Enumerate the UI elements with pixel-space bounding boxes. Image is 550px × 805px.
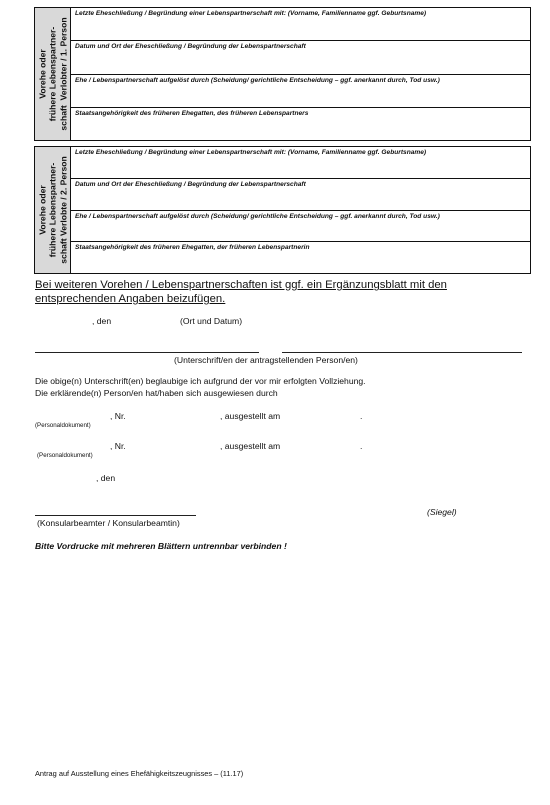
side-label-line: schaft Verlobte / 2. Person bbox=[58, 156, 68, 263]
previous-marriage-table-person-2: Vorehe oder frühere Lebenspartner- schaf… bbox=[34, 146, 531, 274]
field-label: Ehe / Lebenspartnerschaft aufgelöst durc… bbox=[75, 213, 440, 220]
field-label: Letzte Eheschließung / Begründung einer … bbox=[75, 10, 426, 17]
field-last-marriage-partner[interactable]: Letzte Eheschließung / Begründung einer … bbox=[71, 8, 530, 41]
field-label: Datum und Ort der Eheschließung / Begrün… bbox=[75, 43, 306, 50]
side-label-line: Vorehe oder bbox=[37, 156, 47, 263]
form-footer: Antrag auf Ausstellung eines Ehefähigkei… bbox=[35, 769, 243, 778]
certification-text-1: Die obige(n) Unterschrift(en) beglaubige… bbox=[35, 376, 366, 386]
field-dissolved-by[interactable]: Ehe / Lebenspartnerschaft aufgelöst durc… bbox=[71, 211, 530, 243]
signature-label: (Unterschrift/en der antragstellenden Pe… bbox=[174, 355, 358, 365]
id-doc-2-issued: , ausgestellt am bbox=[220, 441, 280, 451]
section-label-person-2: Vorehe oder frühere Lebenspartner- schaf… bbox=[35, 147, 71, 273]
field-former-partner-nationality[interactable]: Staatsangehörigkeit des früheren Ehegatt… bbox=[71, 242, 530, 273]
signature-line-1[interactable] bbox=[35, 352, 259, 353]
binding-note: Bitte Vordrucke mit mehreren Blättern un… bbox=[35, 541, 287, 551]
side-label-line: frühere Lebenspartner- bbox=[47, 17, 57, 130]
id-doc-1-issued: , ausgestellt am bbox=[220, 411, 280, 421]
signature-line-2[interactable] bbox=[282, 352, 522, 353]
field-label: Staatsangehörigkeit des früheren Ehegatt… bbox=[75, 244, 310, 251]
previous-marriage-table-person-1: Vorehe oder frühere Lebenspartner- schaf… bbox=[34, 7, 531, 141]
field-label: Letzte Eheschließung / Begründung einer … bbox=[75, 149, 426, 156]
certification-text-2: Die erklärende(n) Person/en hat/haben si… bbox=[35, 388, 278, 398]
seal-label: (Siegel) bbox=[427, 507, 457, 517]
place-date-den: , den bbox=[92, 316, 111, 326]
supplement-sheet-notice: Bei weiteren Vorehen / Lebenspartnerscha… bbox=[35, 278, 505, 306]
id-doc-1-label: (Personaldokument) bbox=[35, 422, 91, 429]
id-doc-1-end: . bbox=[360, 411, 362, 421]
field-marriage-date-place[interactable]: Datum und Ort der Eheschließung / Begrün… bbox=[71, 179, 530, 211]
id-doc-2-label: (Personaldokument) bbox=[37, 452, 93, 459]
consular-signature-line[interactable] bbox=[35, 515, 196, 516]
side-label-line: Vorehe oder bbox=[37, 17, 47, 130]
field-marriage-date-place[interactable]: Datum und Ort der Eheschließung / Begrün… bbox=[71, 41, 530, 74]
field-dissolved-by[interactable]: Ehe / Lebenspartnerschaft aufgelöst durc… bbox=[71, 75, 530, 108]
id-doc-1-nr: , Nr. bbox=[110, 411, 126, 421]
side-label-line: frühere Lebenspartner- bbox=[47, 156, 57, 263]
field-label: Staatsangehörigkeit des früheren Ehegatt… bbox=[75, 110, 308, 117]
field-label: Datum und Ort der Eheschließung / Begrün… bbox=[75, 181, 306, 188]
id-doc-2-end: . bbox=[360, 441, 362, 451]
id-doc-2-nr: , Nr. bbox=[110, 441, 126, 451]
consular-den: , den bbox=[96, 473, 115, 483]
place-date-label: (Ort und Datum) bbox=[180, 316, 242, 326]
field-last-marriage-partner[interactable]: Letzte Eheschließung / Begründung einer … bbox=[71, 147, 530, 179]
field-former-partner-nationality[interactable]: Staatsangehörigkeit des früheren Ehegatt… bbox=[71, 108, 530, 140]
section-label-person-1: Vorehe oder frühere Lebenspartner- schaf… bbox=[35, 8, 71, 140]
field-label: Ehe / Lebenspartnerschaft aufgelöst durc… bbox=[75, 77, 440, 84]
consular-officer-label: (Konsularbeamter / Konsularbeamtin) bbox=[37, 518, 180, 528]
side-label-line: schaft Verlobter / 1. Person bbox=[58, 17, 68, 130]
